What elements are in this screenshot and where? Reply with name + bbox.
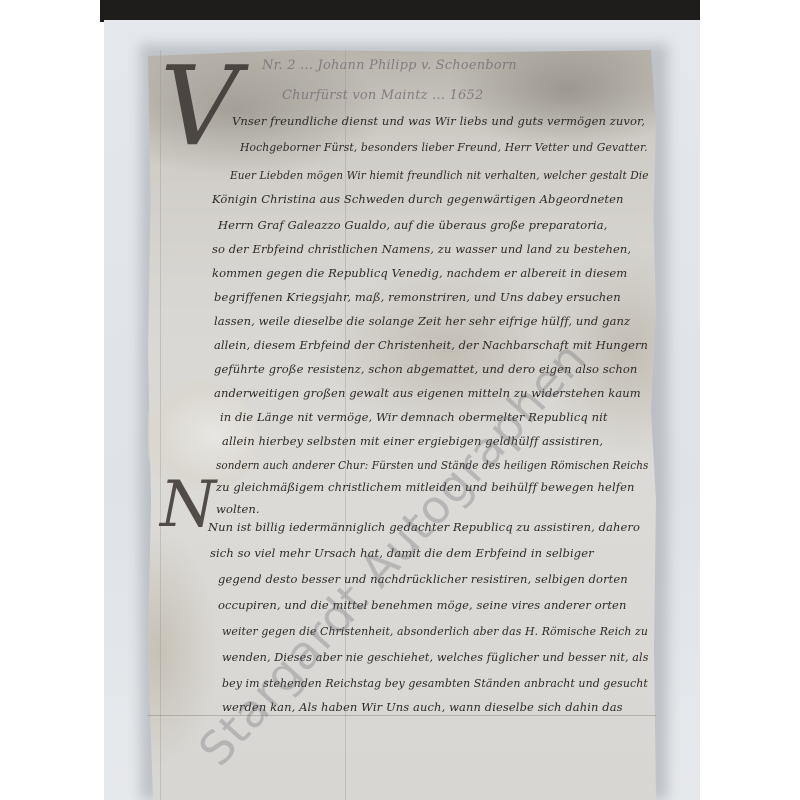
decorative-initial-v: V (160, 56, 250, 156)
letter-line: allein, diesem Erbfeind der Christenheit… (214, 338, 648, 352)
letter-line: bey im stehenden Reichstag bey gesambten… (222, 676, 648, 690)
letter-line: zu gleichmäßigem christlichem mitleiden … (216, 480, 635, 494)
letter-line: kommen gegen die Republicq Venedig, nach… (212, 266, 627, 280)
letter-line: anderweitigen großen gewalt aus eigenen … (214, 386, 641, 400)
decorative-initial-n: N (160, 470, 200, 540)
letter-line: weiter gegen die Christenheit, absonderl… (222, 624, 648, 638)
letter-line: gegend desto besser und nachdrücklicher … (218, 572, 628, 586)
letter-line: Nun ist billig iedermänniglich gedachter… (208, 520, 640, 534)
letter-line: Königin Christina aus Schweden durch geg… (212, 192, 624, 206)
letter-line: wolten. (216, 502, 260, 516)
horizontal-fold-line (148, 715, 656, 716)
pencil-annotation-line-2: Churfürst von Maintz … 1652 (282, 88, 483, 103)
letter-line: Vnser freundliche dienst und was Wir lie… (232, 114, 645, 128)
letter-line: Euer Liebden mögen Wir hiemit freundlich… (230, 168, 649, 182)
letter-line: wenden, Dieses aber nie geschiehet, welc… (222, 650, 649, 664)
pencil-annotation-line-1: Nr. 2 … Johann Philipp v. Schoenborn (262, 58, 517, 73)
letter-line: Herrn Graf Galeazzo Gualdo, auf die über… (218, 218, 607, 232)
letter-line: sondern auch anderer Chur: Fürsten und S… (216, 458, 648, 472)
letter-line: begriffenen Kriegsjahr, maß, remonstrire… (214, 290, 621, 304)
letter-line: sich so viel mehr Ursach hat, damit die … (210, 546, 594, 560)
letter-line: Hochgeborner Fürst, besonders lieber Fre… (240, 140, 648, 154)
letter-line: lassen, weile dieselbe die solange Zeit … (214, 314, 630, 328)
letter-line: werden kan, Als haben Wir Uns auch, wann… (222, 700, 623, 714)
letter-line: geführte große resistenz, schon abgematt… (214, 362, 637, 376)
letter-line: in die Länge nit vermöge, Wir demnach ob… (220, 410, 608, 424)
letter-line: allein hierbey selbsten mit einer ergieb… (222, 434, 603, 448)
dark-table-surface (100, 0, 700, 22)
letter-line: occupiren, und die mittel benehmen möge,… (218, 598, 626, 612)
letter-line: so der Erbfeind christlichen Namens, zu … (212, 242, 631, 256)
